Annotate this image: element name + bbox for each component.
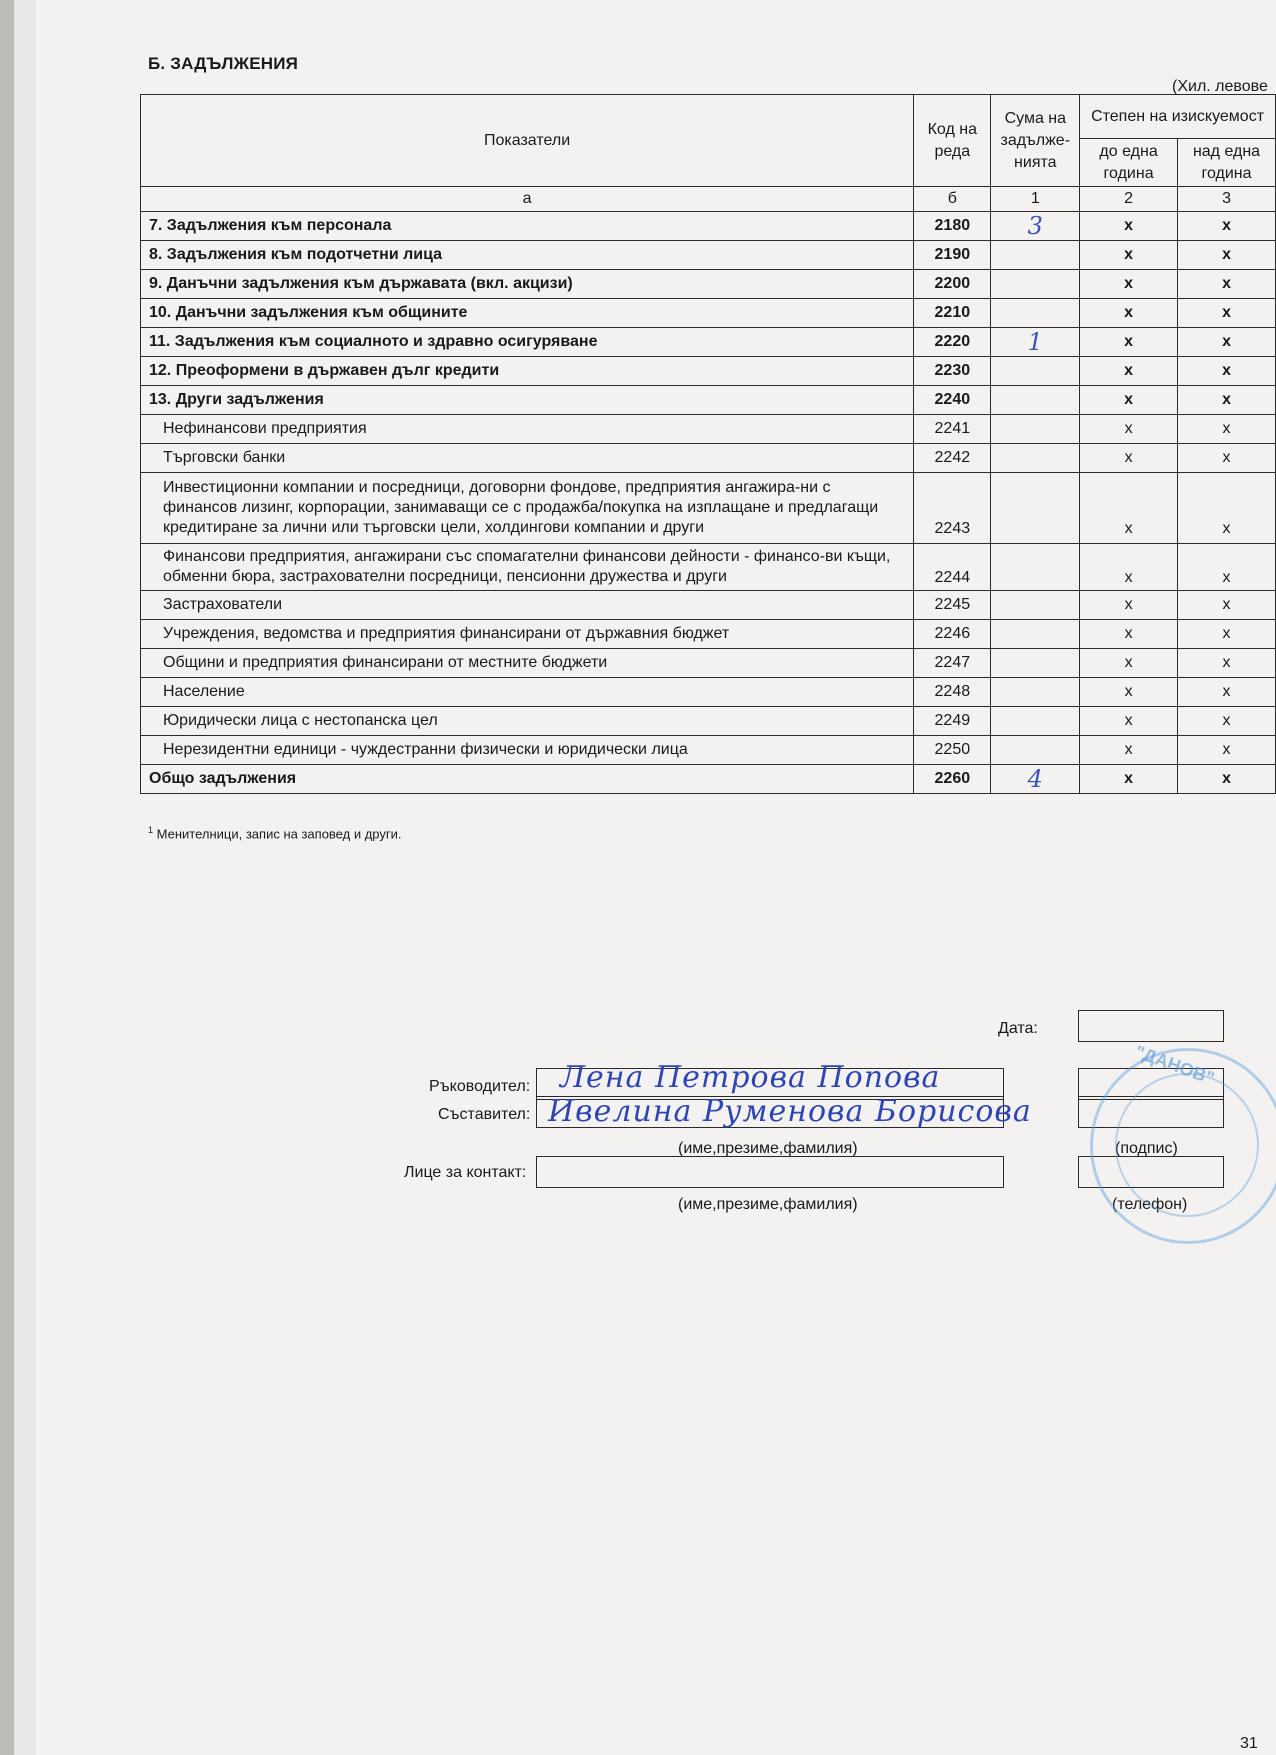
column-letter-1: 1 [991,187,1080,212]
row-up-to-one-year: x [1080,386,1178,415]
table-row: Нерезидентни единици - чуждестранни физи… [141,736,1276,765]
row-amount[interactable] [991,544,1080,591]
row-code: 2200 [914,270,991,299]
row-over-one-year: x [1178,736,1276,765]
company-stamp: "ДАНОВ" [1090,1048,1276,1244]
compiler-handwritten-name: Ивелина Руменова Борисова [548,1094,1032,1129]
row-code: 2190 [914,241,991,270]
row-amount[interactable]: 4 [991,765,1080,794]
page-number: 31 [1240,1735,1258,1753]
row-over-one-year: x [1178,357,1276,386]
column-letter-3: 3 [1178,187,1276,212]
row-over-one-year: x [1178,765,1276,794]
row-over-one-year: x [1178,444,1276,473]
row-label: 8. Задължения към подотчетни лица [141,241,914,270]
header-code: Код на реда [914,95,991,187]
row-label: 13. Други задължения [141,386,914,415]
row-over-one-year: x [1178,415,1276,444]
row-label: 12. Преоформени в държавен дълг кредити [141,357,914,386]
row-amount[interactable]: 3 [991,212,1080,241]
manager-label: Ръководител: [429,1078,530,1096]
footnote-text: Менителници, запис на заповед и други. [153,826,401,841]
row-up-to-one-year: x [1080,620,1178,649]
row-label: Учреждения, ведомства и предприятия фина… [141,620,914,649]
row-over-one-year: x [1178,544,1276,591]
row-amount[interactable] [991,473,1080,544]
row-label: Нефинансови предприятия [141,415,914,444]
date-field[interactable] [1078,1010,1224,1042]
row-up-to-one-year: x [1080,270,1178,299]
table-row: Население2248xx [141,678,1276,707]
row-amount[interactable] [991,386,1080,415]
table-row: Инвестиционни компании и посредници, дог… [141,473,1276,544]
row-code: 2220 [914,328,991,357]
table-row: Финансови предприятия, ангажирани със сп… [141,544,1276,591]
row-over-one-year: x [1178,212,1276,241]
row-amount[interactable] [991,270,1080,299]
row-label: Население [141,678,914,707]
row-code: 2249 [914,707,991,736]
row-up-to-one-year: x [1080,444,1178,473]
row-over-one-year: x [1178,473,1276,544]
row-label: 9. Данъчни задължения към държавата (вкл… [141,270,914,299]
table-row: Общини и предприятия финансирани от мест… [141,649,1276,678]
section-title: Б. ЗАДЪЛЖЕНИЯ [148,54,298,74]
scan-page-edge-shadow [14,0,36,1755]
table-row: 12. Преоформени в държавен дълг кредити2… [141,357,1276,386]
row-label: Търговски банки [141,444,914,473]
row-up-to-one-year: x [1080,299,1178,328]
row-up-to-one-year: x [1080,415,1178,444]
table-row: Общо задължения22604xx [141,765,1276,794]
contact-name-caption: (име,презиме,фамилия) [678,1196,858,1214]
row-label: Юридически лица с нестопанска цел [141,707,914,736]
row-up-to-one-year: x [1080,678,1178,707]
row-amount[interactable] [991,444,1080,473]
row-over-one-year: x [1178,241,1276,270]
row-amount[interactable] [991,241,1080,270]
row-up-to-one-year: x [1080,544,1178,591]
row-code: 2240 [914,386,991,415]
row-up-to-one-year: x [1080,736,1178,765]
row-over-one-year: x [1178,649,1276,678]
row-label: Финансови предприятия, ангажирани със сп… [141,544,914,591]
row-up-to-one-year: x [1080,241,1178,270]
row-amount[interactable] [991,649,1080,678]
row-amount[interactable]: 1 [991,328,1080,357]
row-label: Нерезидентни единици - чуждестранни физи… [141,736,914,765]
row-code: 2241 [914,415,991,444]
table-row: 9. Данъчни задължения към държавата (вкл… [141,270,1276,299]
column-letter-2: 2 [1080,187,1178,212]
row-over-one-year: x [1178,270,1276,299]
contact-label: Лице за контакт: [404,1164,526,1182]
table-row: 8. Задължения към подотчетни лица2190xx [141,241,1276,270]
row-code: 2210 [914,299,991,328]
row-up-to-one-year: x [1080,473,1178,544]
table-row: 13. Други задължения2240xx [141,386,1276,415]
row-code: 2246 [914,620,991,649]
row-amount[interactable] [991,707,1080,736]
row-over-one-year: x [1178,620,1276,649]
row-up-to-one-year: x [1080,707,1178,736]
row-code: 2180 [914,212,991,241]
row-code: 2245 [914,591,991,620]
row-amount[interactable] [991,415,1080,444]
row-up-to-one-year: x [1080,591,1178,620]
row-amount[interactable] [991,357,1080,386]
row-label: 7. Задължения към персонала [141,212,914,241]
row-up-to-one-year: x [1080,357,1178,386]
manager-handwritten-name: Лена Петрова Попова [560,1060,940,1095]
table-row: 7. Задължения към персонала21803xx [141,212,1276,241]
header-over-one-year: над една година [1178,139,1276,187]
row-label: Застрахователи [141,591,914,620]
table-row: 11. Задължения към социалното и здравно … [141,328,1276,357]
table-row: Застрахователи2245xx [141,591,1276,620]
row-over-one-year: x [1178,328,1276,357]
row-amount[interactable] [991,299,1080,328]
header-up-to-one-year: до една година [1080,139,1178,187]
row-over-one-year: x [1178,299,1276,328]
contact-name-field[interactable] [536,1156,1004,1188]
row-amount[interactable] [991,620,1080,649]
row-amount[interactable] [991,678,1080,707]
row-up-to-one-year: x [1080,212,1178,241]
footnote: 1 Менителници, запис на заповед и други. [148,825,401,841]
table-row: Нефинансови предприятия2241xx [141,415,1276,444]
stamp-inner-ring [1115,1073,1259,1217]
row-up-to-one-year: x [1080,649,1178,678]
row-over-one-year: x [1178,386,1276,415]
row-code: 2244 [914,544,991,591]
row-code: 2243 [914,473,991,544]
row-label: 11. Задължения към социалното и здравно … [141,328,914,357]
row-over-one-year: x [1178,678,1276,707]
table-row: Търговски банки2242xx [141,444,1276,473]
row-label: 10. Данъчни задължения към общините [141,299,914,328]
date-label: Дата: [998,1020,1038,1038]
row-label: Общо задължения [141,765,914,794]
compiler-label: Съставител: [438,1106,530,1124]
row-over-one-year: x [1178,707,1276,736]
row-label: Инвестиционни компании и посредници, дог… [141,473,914,544]
row-code: 2250 [914,736,991,765]
row-code: 2248 [914,678,991,707]
column-letter-a: а [141,187,914,212]
row-up-to-one-year: x [1080,765,1178,794]
row-amount[interactable] [991,591,1080,620]
row-code: 2230 [914,357,991,386]
header-amount: Сума на задълже-нията [991,95,1080,187]
column-letter-b: б [914,187,991,212]
row-code: 2247 [914,649,991,678]
row-amount[interactable] [991,736,1080,765]
scan-page-edge [0,0,14,1755]
table-row: 10. Данъчни задължения към общините2210x… [141,299,1276,328]
row-code: 2260 [914,765,991,794]
row-label: Общини и предприятия финансирани от мест… [141,649,914,678]
liabilities-table: Показатели Код на реда Сума на задълже-н… [140,94,1276,794]
header-collectability: Степен на изискуемост [1080,95,1276,139]
table-row: Юридически лица с нестопанска цел2249xx [141,707,1276,736]
row-up-to-one-year: x [1080,328,1178,357]
row-code: 2242 [914,444,991,473]
table-row: Учреждения, ведомства и предприятия фина… [141,620,1276,649]
row-over-one-year: x [1178,591,1276,620]
header-indicators: Показатели [141,95,914,187]
